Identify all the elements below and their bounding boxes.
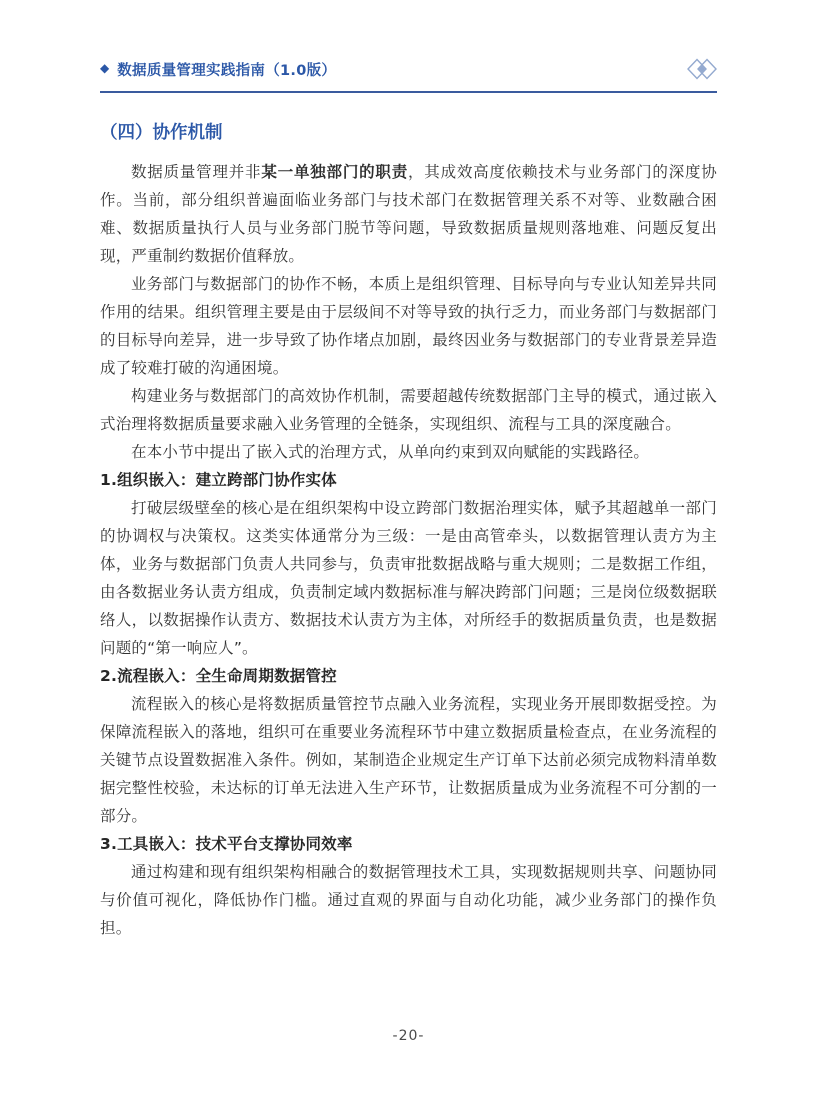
page-footer: -20- xyxy=(0,1025,817,1044)
paragraph-2: 业务部门与数据部门的协作不畅，本质上是组织管理、目标导向与专业认知差异共同作用的… xyxy=(100,270,717,382)
paragraph-1-bold: 某一单独部门的职责 xyxy=(261,163,408,181)
subsection-heading-1: 1.组织嵌入：建立跨部门协作实体 xyxy=(100,466,717,494)
subsection-heading-3: 3.工具嵌入：技术平台支撑协同效率 xyxy=(100,830,717,858)
page-content: （四）协作机制 数据质量管理并非某一单独部门的职责，其成效高度依赖技术与业务部门… xyxy=(100,121,717,942)
header-divider xyxy=(100,91,717,93)
section-heading: （四）协作机制 xyxy=(100,121,717,145)
paragraph-4: 在本小节中提出了嵌入式的治理方式，从单向约束到双向赋能的实践路径。 xyxy=(100,438,717,466)
page-number: -20- xyxy=(393,1028,425,1044)
subsection-heading-2: 2.流程嵌入：全生命周期数据管控 xyxy=(100,662,717,690)
diamond-icon: ◆ xyxy=(100,62,109,74)
document-page: ◆ 数据质量管理实践指南（1.0版） （四）协作机制 数据质量管理并非某一单独部… xyxy=(0,0,817,1100)
paragraph-7: 通过构建和现有组织架构相融合的数据管理技术工具，实现数据规则共享、问题协同与价值… xyxy=(100,858,717,942)
paragraph-1-pre: 数据质量管理并非 xyxy=(131,163,261,181)
page-header: ◆ 数据质量管理实践指南（1.0版） xyxy=(100,0,717,93)
double-diamond-icon xyxy=(687,58,717,80)
paragraph-6: 流程嵌入的核心是将数据质量管控节点融入业务流程，实现业务开展即数据受控。为保障流… xyxy=(100,690,717,830)
header-title: 数据质量管理实践指南（1.0版） xyxy=(117,59,336,80)
paragraph-5: 打破层级壁垒的核心是在组织架构中设立跨部门数据治理实体，赋予其超越单一部门的协调… xyxy=(100,494,717,662)
paragraph-1: 数据质量管理并非某一单独部门的职责，其成效高度依赖技术与业务部门的深度协作。当前… xyxy=(100,158,717,270)
paragraph-3: 构建业务与数据部门的高效协作机制，需要超越传统数据部门主导的模式，通过嵌入式治理… xyxy=(100,382,717,438)
